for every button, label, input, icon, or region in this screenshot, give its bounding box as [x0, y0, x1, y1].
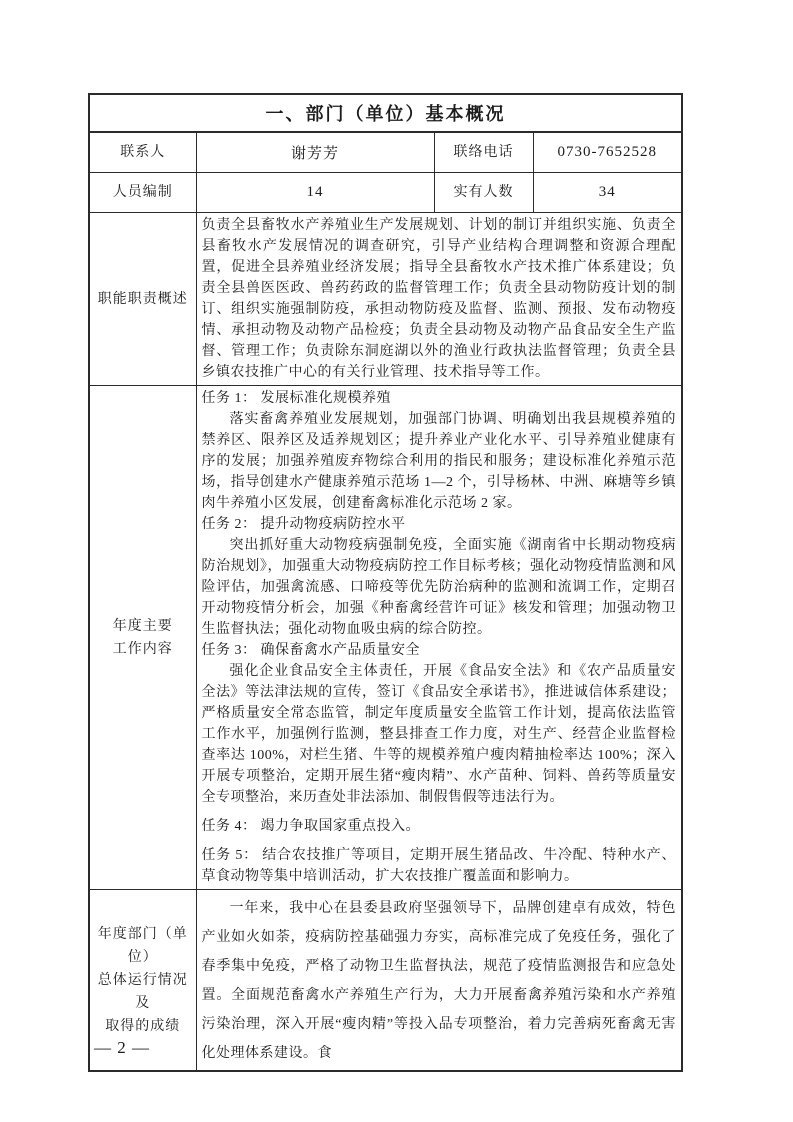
- task-3-paragraph: 强化企业食品安全主体责任，开展《食品安全法》和《农产品质量安全法》等法津法规的宣…: [202, 661, 677, 808]
- actual-staff-label: 实有人数: [434, 173, 533, 213]
- annual-summary-content: 一年来，我中心在县委县政府坚强领导下，品牌创建卓有成效，特色产业如火如荼，疫病防…: [196, 890, 682, 1072]
- table-title-row: 一、部门（单位）基本概况: [89, 94, 682, 132]
- task-2-paragraph: 突出抓好重大动物疫病强制免疫，全面实施《湖南省中长期动物疫病防治规划》，加强重大…: [202, 535, 677, 640]
- task-1-heading: 任务 1： 发展标准化规模养殖: [202, 388, 677, 409]
- duties-paragraph: 负责全县畜牧水产养殖业生产发展规划、计划的制订并组织实施、负责全县畜牧水产发展情…: [202, 215, 677, 383]
- duties-content: 负责全县畜牧水产养殖业生产发展规划、计划的制订并组织实施、负责全县畜牧水产发展情…: [196, 213, 682, 386]
- table-title: 一、部门（单位）基本概况: [89, 94, 682, 132]
- contact-row: 联系人 谢芳芳 联络电话 0730-7652528: [89, 132, 682, 173]
- duties-label: 职能职责概述: [89, 213, 196, 386]
- task-5-heading: 任务 5： 结合农技推广等项目，定期开展生猪品改、牛冷配、特种水产、草食动物等集…: [202, 845, 677, 887]
- task-3-heading: 任务 3： 确保畜禽水产品质量安全: [202, 640, 677, 661]
- annual-work-row: 年度主要 工作内容 任务 1： 发展标准化规模养殖 落实畜禽养殖业发展规划，加强…: [89, 386, 682, 890]
- contact-phone-label: 联络电话: [434, 132, 533, 173]
- staff-quota-label: 人员编制: [89, 173, 196, 213]
- duties-row: 职能职责概述 负责全县畜牧水产养殖业生产发展规划、计划的制订并组织实施、负责全县…: [89, 213, 682, 386]
- contact-person-value: 谢芳芳: [196, 132, 434, 173]
- actual-staff-value: 34: [533, 173, 682, 213]
- staff-quota-value: 14: [196, 173, 434, 213]
- task-2-heading: 任务 2： 提升动物疫病防控水平: [202, 514, 677, 535]
- annual-work-label: 年度主要 工作内容: [89, 386, 196, 890]
- annual-work-content: 任务 1： 发展标准化规模养殖 落实畜禽养殖业发展规划，加强部门协调、明确划出我…: [196, 386, 682, 890]
- task-1-paragraph: 落实畜禽养殖业发展规划，加强部门协调、明确划出我县规模养殖的禁养区、限养区及适养…: [202, 409, 677, 514]
- page-number: — 2 —: [94, 1038, 150, 1058]
- contact-phone-value: 0730-7652528: [533, 132, 682, 173]
- annual-summary-paragraph: 一年来，我中心在县委县政府坚强领导下，品牌创建卓有成效，特色产业如火如荼，疫病防…: [202, 894, 677, 1068]
- annual-summary-row: 年度部门（单位） 总体运行情况及 取得的成绩 一年来，我中心在县委县政府坚强领导…: [89, 890, 682, 1072]
- contact-person-label: 联系人: [89, 132, 196, 173]
- task-4-heading: 任务 4： 竭力争取国家重点投入。: [202, 816, 677, 837]
- overview-table: 一、部门（单位）基本概况 联系人 谢芳芳 联络电话 0730-7652528 人…: [88, 93, 683, 1072]
- staffing-row: 人员编制 14 实有人数 34: [89, 173, 682, 213]
